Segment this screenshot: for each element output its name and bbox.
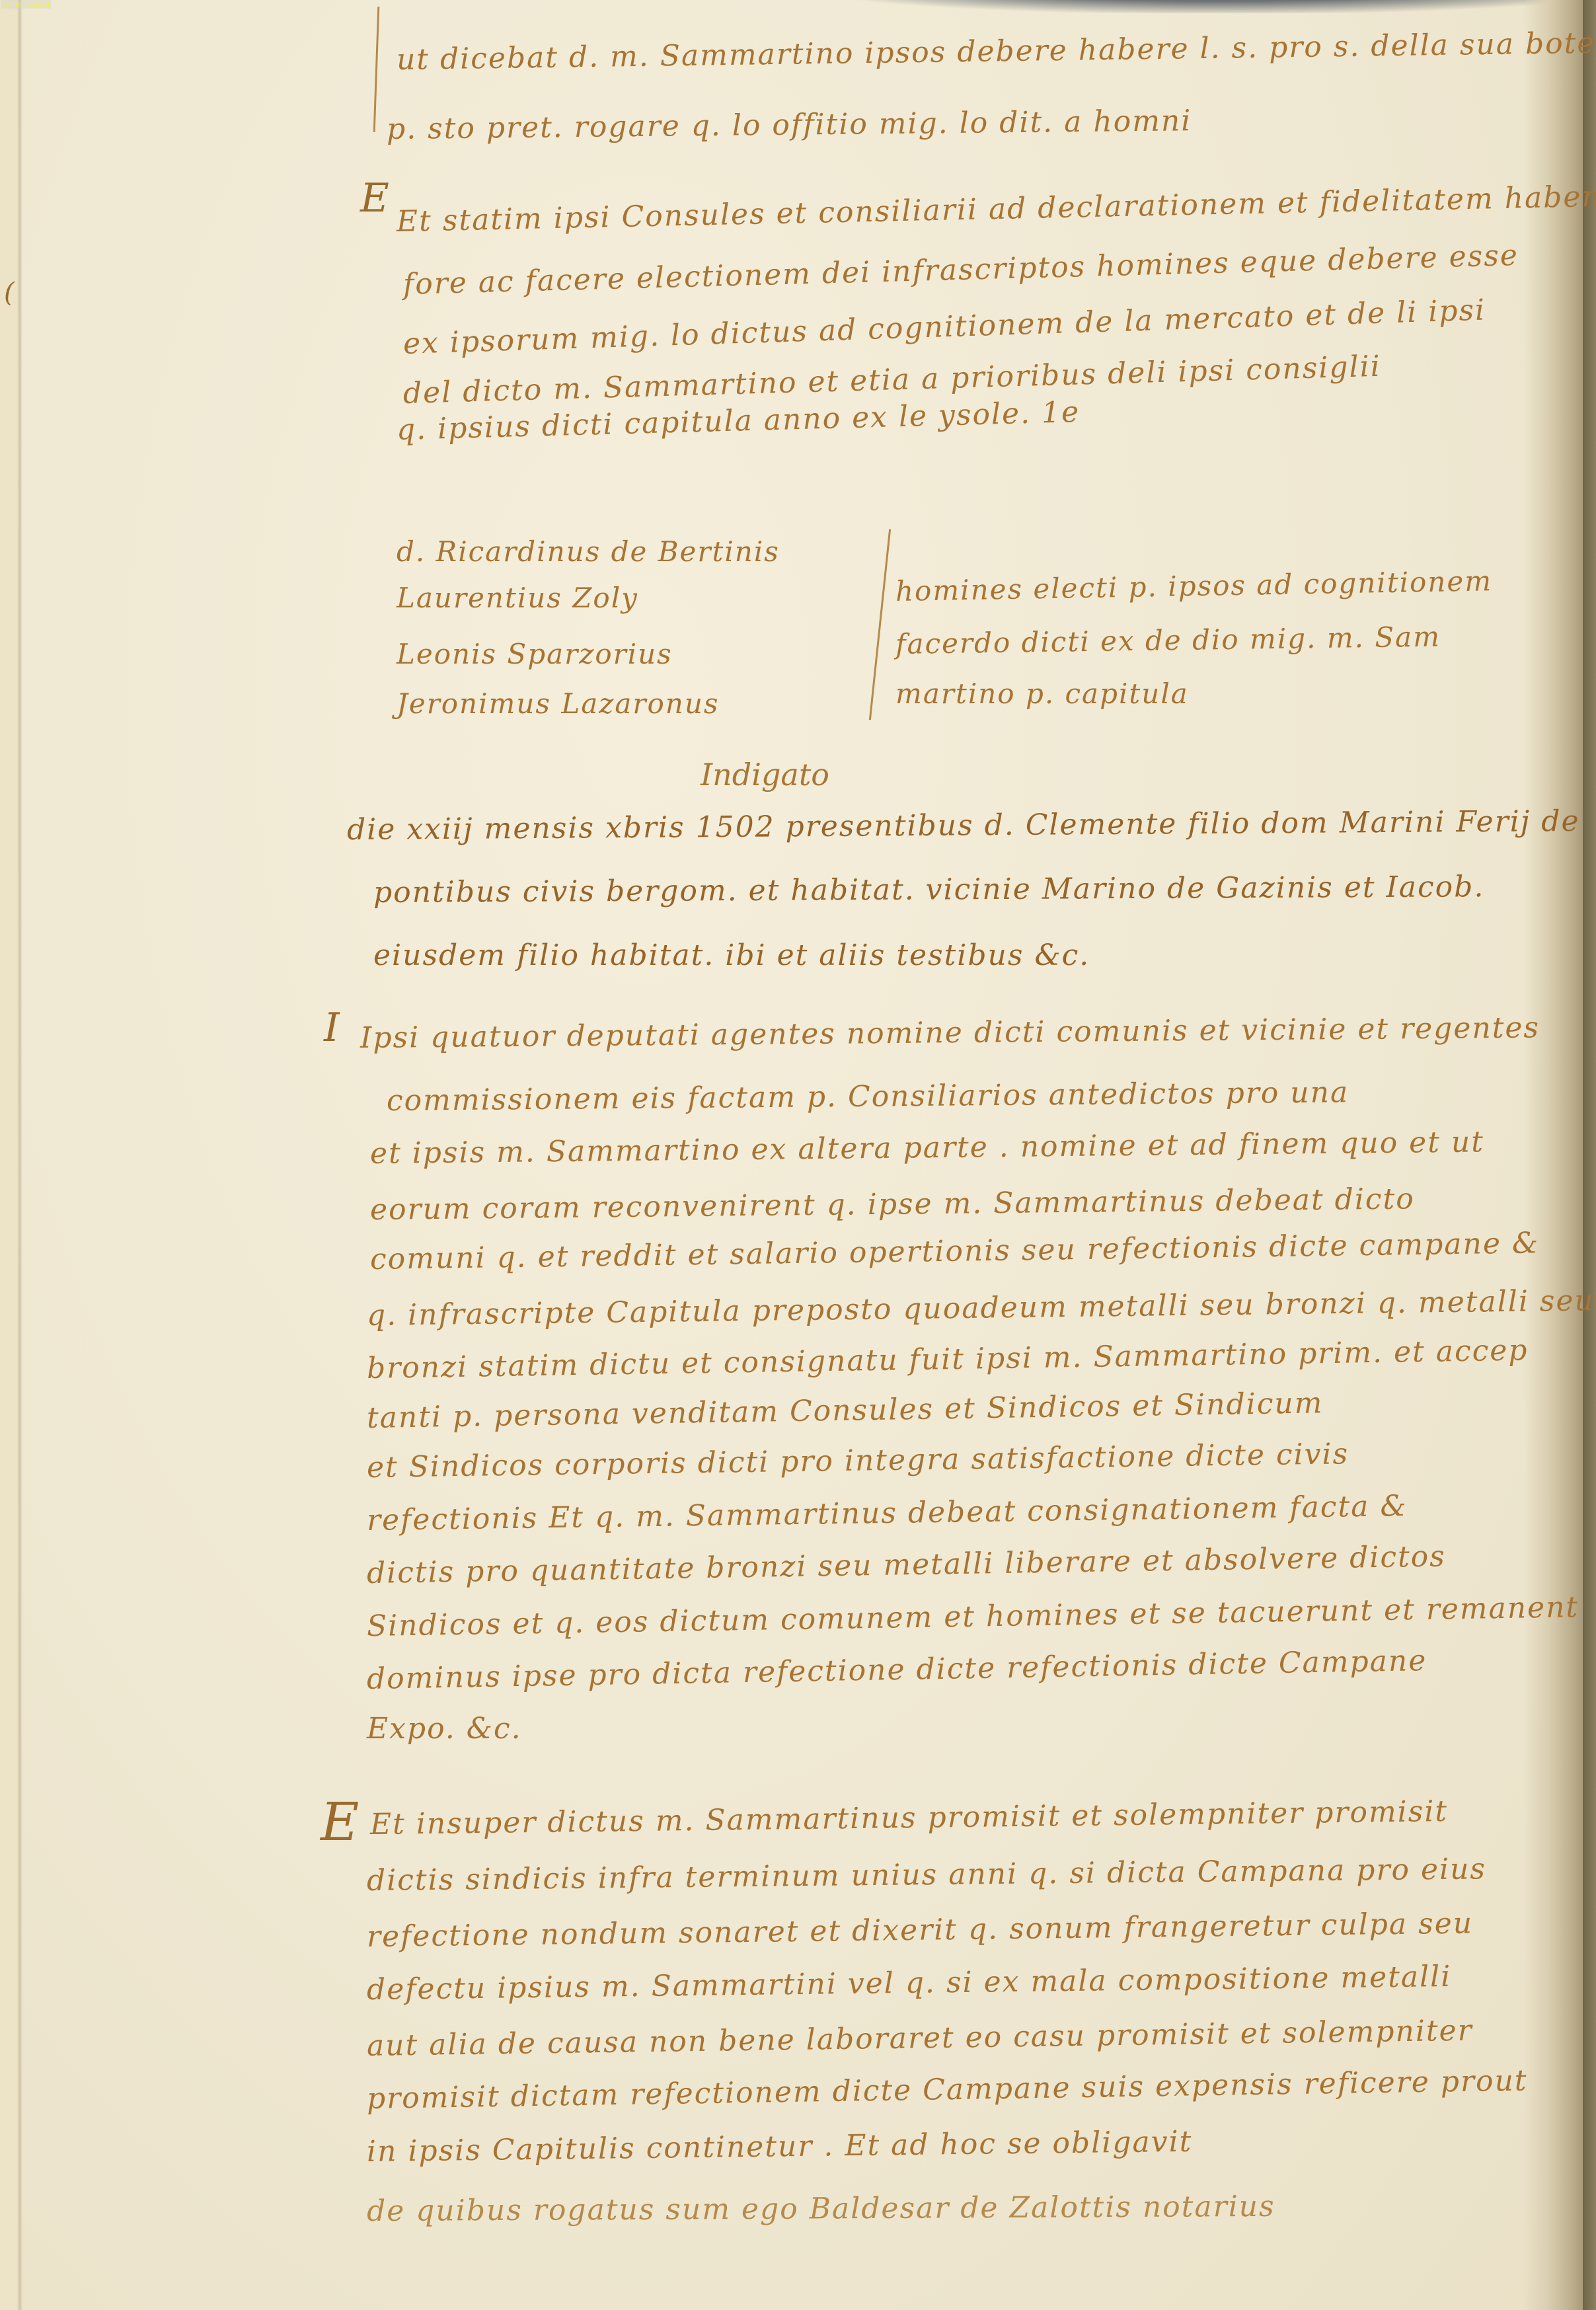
initial-e-mark: E — [321, 1791, 359, 1853]
text-line: ut dicebat d. m. Sammartino ipsos debere… — [397, 26, 1596, 77]
text-line: eiusdem filio habitat. ibi et aliis test… — [373, 939, 1090, 972]
text-line: Expo. &c. — [367, 1712, 522, 1746]
text-line: dictis pro quantitate bronzi seu metalli… — [367, 1539, 1447, 1590]
margin-stroke — [373, 7, 380, 132]
text-line: tanti p. persona venditam Consules et Si… — [367, 1386, 1324, 1435]
text-line: dictis sindicis infra terminum unius ann… — [367, 1852, 1487, 1898]
notary-signature-line: de quibus rogatus sum ego Baldesar de Za… — [367, 2190, 1275, 2228]
text-line: p. sto pret. rogare q. lo offitio mig. l… — [387, 104, 1192, 146]
manuscript-page: Unregistered ( ut dicebat d. m. Sammarti… — [0, 0, 1596, 2310]
text-line: Et statim ipsi Consules et consiliarii a… — [396, 178, 1596, 239]
text-line: commissionem eis factam p. Consiliarios … — [387, 1075, 1349, 1118]
text-line: Ipsi quatuor deputati agentes nomine dic… — [360, 1011, 1540, 1055]
page-edge — [1583, 0, 1596, 2310]
text-line: q. infrascripte Capitula preposto quoade… — [367, 1284, 1595, 1332]
initial-e-mark: E — [360, 175, 389, 221]
text-line: fore ac facere electionem dei infrascrip… — [402, 239, 1519, 301]
text-line: die xxiij mensis xbris 1502 presentibus … — [347, 804, 1580, 847]
scanner-shadow-top — [826, 0, 1596, 13]
text-line: in ipsis Capitulis continetur . Et ad ho… — [367, 2125, 1193, 2169]
elected-role-text: homines electi p. ipsos ad cognitionem — [895, 564, 1493, 607]
text-line: defectu ipsius m. Sammartini vel q. si e… — [367, 1960, 1452, 2007]
column-divider — [869, 529, 891, 720]
text-line: promisit dictam refectionem dicte Campan… — [367, 2063, 1528, 2116]
elected-role-text: martino p. capitula — [895, 677, 1189, 710]
text-line: dominus ipse pro dicta refectione dicte … — [367, 1644, 1427, 1696]
elected-name: Jeronimus Lazaronus — [397, 687, 719, 720]
page-fold-line — [17, 0, 22, 2310]
elected-name: Leonis Sparzorius — [397, 638, 673, 670]
text-line: Sindicos et q. eos dictum comunem et hom… — [367, 1590, 1579, 1643]
text-line: comuni q. et reddit et salario opertioni… — [370, 1226, 1540, 1276]
text-line: aut alia de causa non bene laboraret eo … — [367, 2014, 1473, 2063]
text-line: refectione nondum sonaret et dixerit q. … — [367, 1907, 1474, 1954]
text-line: Et insuper dictus m. Sammartinus promisi… — [370, 1794, 1449, 1841]
unregistered-watermark: Unregistered — [1, 0, 51, 9]
elected-name: d. Ricardinus de Bertinis — [397, 535, 780, 568]
elected-name: Laurentius Zoly — [397, 582, 638, 614]
text-line: refectionis Et q. m. Sammartinus debeat … — [367, 1489, 1408, 1537]
text-line: et Sindicos corporis dicti pro integra s… — [367, 1437, 1349, 1484]
text-line: eorum coram reconvenirent q. ipse m. Sam… — [370, 1182, 1415, 1227]
margin-mark: ( — [4, 278, 15, 308]
text-line: et ipsis m. Sammartino ex altera parte .… — [370, 1125, 1484, 1171]
text-line: pontibus civis bergom. et habitat. vicin… — [373, 870, 1485, 909]
initial-ipsi-mark: I — [324, 1005, 340, 1051]
elected-role-text: facerdo dicti ex de dio mig. m. Sam — [895, 620, 1441, 660]
section-heading: Indigato — [701, 757, 829, 792]
text-line: bronzi statim dictu et consignatu fuit i… — [367, 1333, 1529, 1385]
